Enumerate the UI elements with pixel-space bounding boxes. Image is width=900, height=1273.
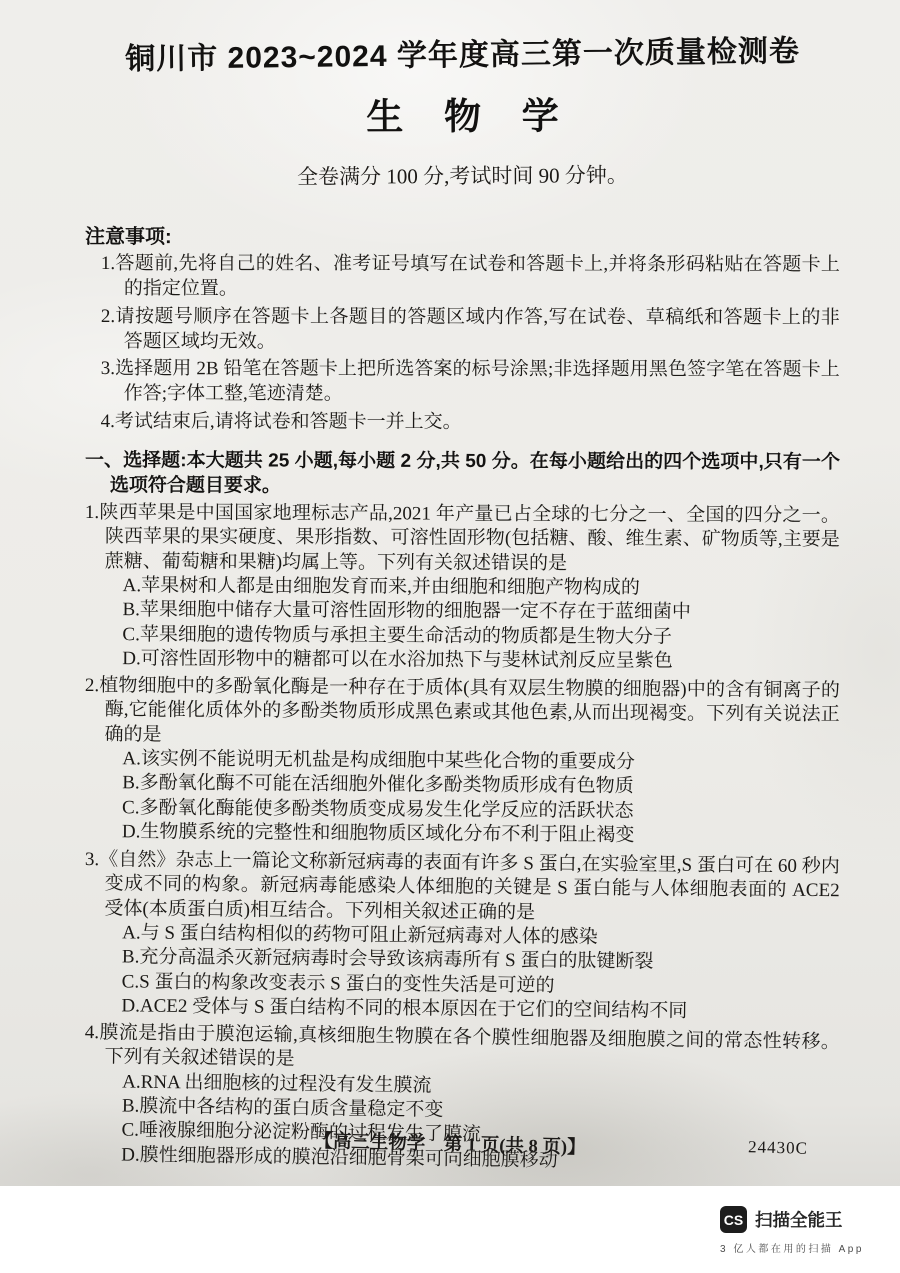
question-3-stem-text: 《自然》杂志上一篇论文称新冠病毒的表面有许多 S 蛋白,在实验室里,S 蛋白可在… (99, 849, 840, 923)
question-3-number: 3. (85, 849, 99, 870)
exam-paper-sheet: 铜川市 2023~2024 学年度高三第一次质量检测卷 生物学 全卷满分 100… (0, 0, 900, 1186)
subject-title: 生物学 (85, 84, 840, 142)
question-1-option-c: C.苹果细胞的遗传物质与承担主要生命活动的物质都是生物大分子 (84, 623, 839, 651)
question-3-stem: 3.《自然》杂志上一篇论文称新冠病毒的表面有许多 S 蛋白,在实验室里,S 蛋白… (84, 848, 840, 928)
question-4-stem-text: 膜流是指由于膜泡运输,真核细胞生物膜在各个膜性细胞器及细胞膜之间的常态性转移。下… (99, 1022, 840, 1070)
question-2-option-d: D.生物膜系统的完整性和细胞物质区域化分布不利于阻止褐变 (84, 820, 839, 850)
scanner-app-strip: CS 扫描全能王 3 亿人都在用的扫描 App (0, 1186, 900, 1273)
notice-item-2: 2.请按题号顺序在答题卡上各题目的答题区域内作答,写在试卷、草稿纸和答题卡上的非… (101, 304, 840, 356)
camscanner-tagline: 3 亿人都在用的扫描 App (720, 1240, 870, 1255)
question-2: 2.植物细胞中的多酚氧化酶是一种存在于质体(具有双层生物膜的细胞器)中的含有铜离… (84, 674, 840, 849)
question-1-number: 1. (85, 502, 99, 523)
question-1-stem-text: 陕西苹果是中国国家地理标志产品,2021 年产量已占全球的七分之一、全国的四分之… (99, 502, 840, 574)
question-3: 3.《自然》杂志上一篇论文称新冠病毒的表面有许多 S 蛋白,在实验室里,S 蛋白… (83, 848, 840, 1025)
notice-item-1: 1.答题前,先将自己的姓名、准考证号填写在试卷和答题卡上,并将条形码粘贴在答题卡… (101, 251, 840, 303)
question-1-option-b: B.苹果细胞中储存大量可溶性固形物的细胞器一定不存在于蓝细菌中 (84, 598, 839, 626)
section-header-choice-questions: 一、选择题:本大题共 25 小题,每小题 2 分,共 50 分。在每小题给出的四… (85, 449, 840, 500)
camscanner-logo-row: CS 扫描全能王 (720, 1206, 870, 1233)
exam-title: 铜川市 2023~2024 学年度高三第一次质量检测卷 (85, 25, 840, 78)
question-2-stem: 2.植物细胞中的多酚氧化酶是一种存在于质体(具有双层生物膜的细胞器)中的含有铜离… (84, 674, 839, 752)
question-1-option-d: D.可溶性固形物中的糖都可以在水浴加热下与斐林试剂反应呈紫色 (84, 647, 839, 675)
notice-section: 注意事项: 1.答题前,先将自己的姓名、准考证号填写在试卷和答题卡上,并将条形码… (85, 220, 840, 435)
notice-item-4: 4.考试结束后,请将试卷和答题卡一并上交。 (101, 409, 840, 436)
notice-heading: 注意事项: (85, 220, 840, 250)
camscanner-brand-name: 扫描全能王 (755, 1207, 843, 1232)
question-2-stem-text: 植物细胞中的多酚氧化酶是一种存在于质体(具有双层生物膜的细胞器)中的含有铜离子的… (99, 676, 840, 746)
footer-paper-code: 24430C (748, 1137, 808, 1158)
exam-score-time-line: 全卷满分 100 分,考试时间 90 分钟。 (85, 158, 840, 192)
question-1-stem: 1.陕西苹果是中国国家地理标志产品,2021 年产量已占全球的七分之一、全国的四… (85, 501, 840, 577)
question-1: 1.陕西苹果是中国国家地理标志产品,2021 年产量已占全球的七分之一、全国的四… (84, 501, 840, 674)
camscanner-watermark: CS 扫描全能王 3 亿人都在用的扫描 App (720, 1206, 870, 1255)
question-2-number: 2. (85, 675, 99, 696)
notice-item-3: 3.选择题用 2B 铅笔在答题卡上把所选答案的标号涂黑;非选择题用黑色签字笔在答… (101, 356, 840, 408)
scanned-exam-screenshot: 铜川市 2023~2024 学年度高三第一次质量检测卷 生物学 全卷满分 100… (0, 0, 900, 1273)
question-4-number: 4. (85, 1022, 100, 1043)
camscanner-cs-icon: CS (720, 1206, 747, 1233)
question-1-option-a: A.苹果树和人都是由细胞发育而来,并由细胞和细胞产物构成的 (85, 574, 840, 602)
